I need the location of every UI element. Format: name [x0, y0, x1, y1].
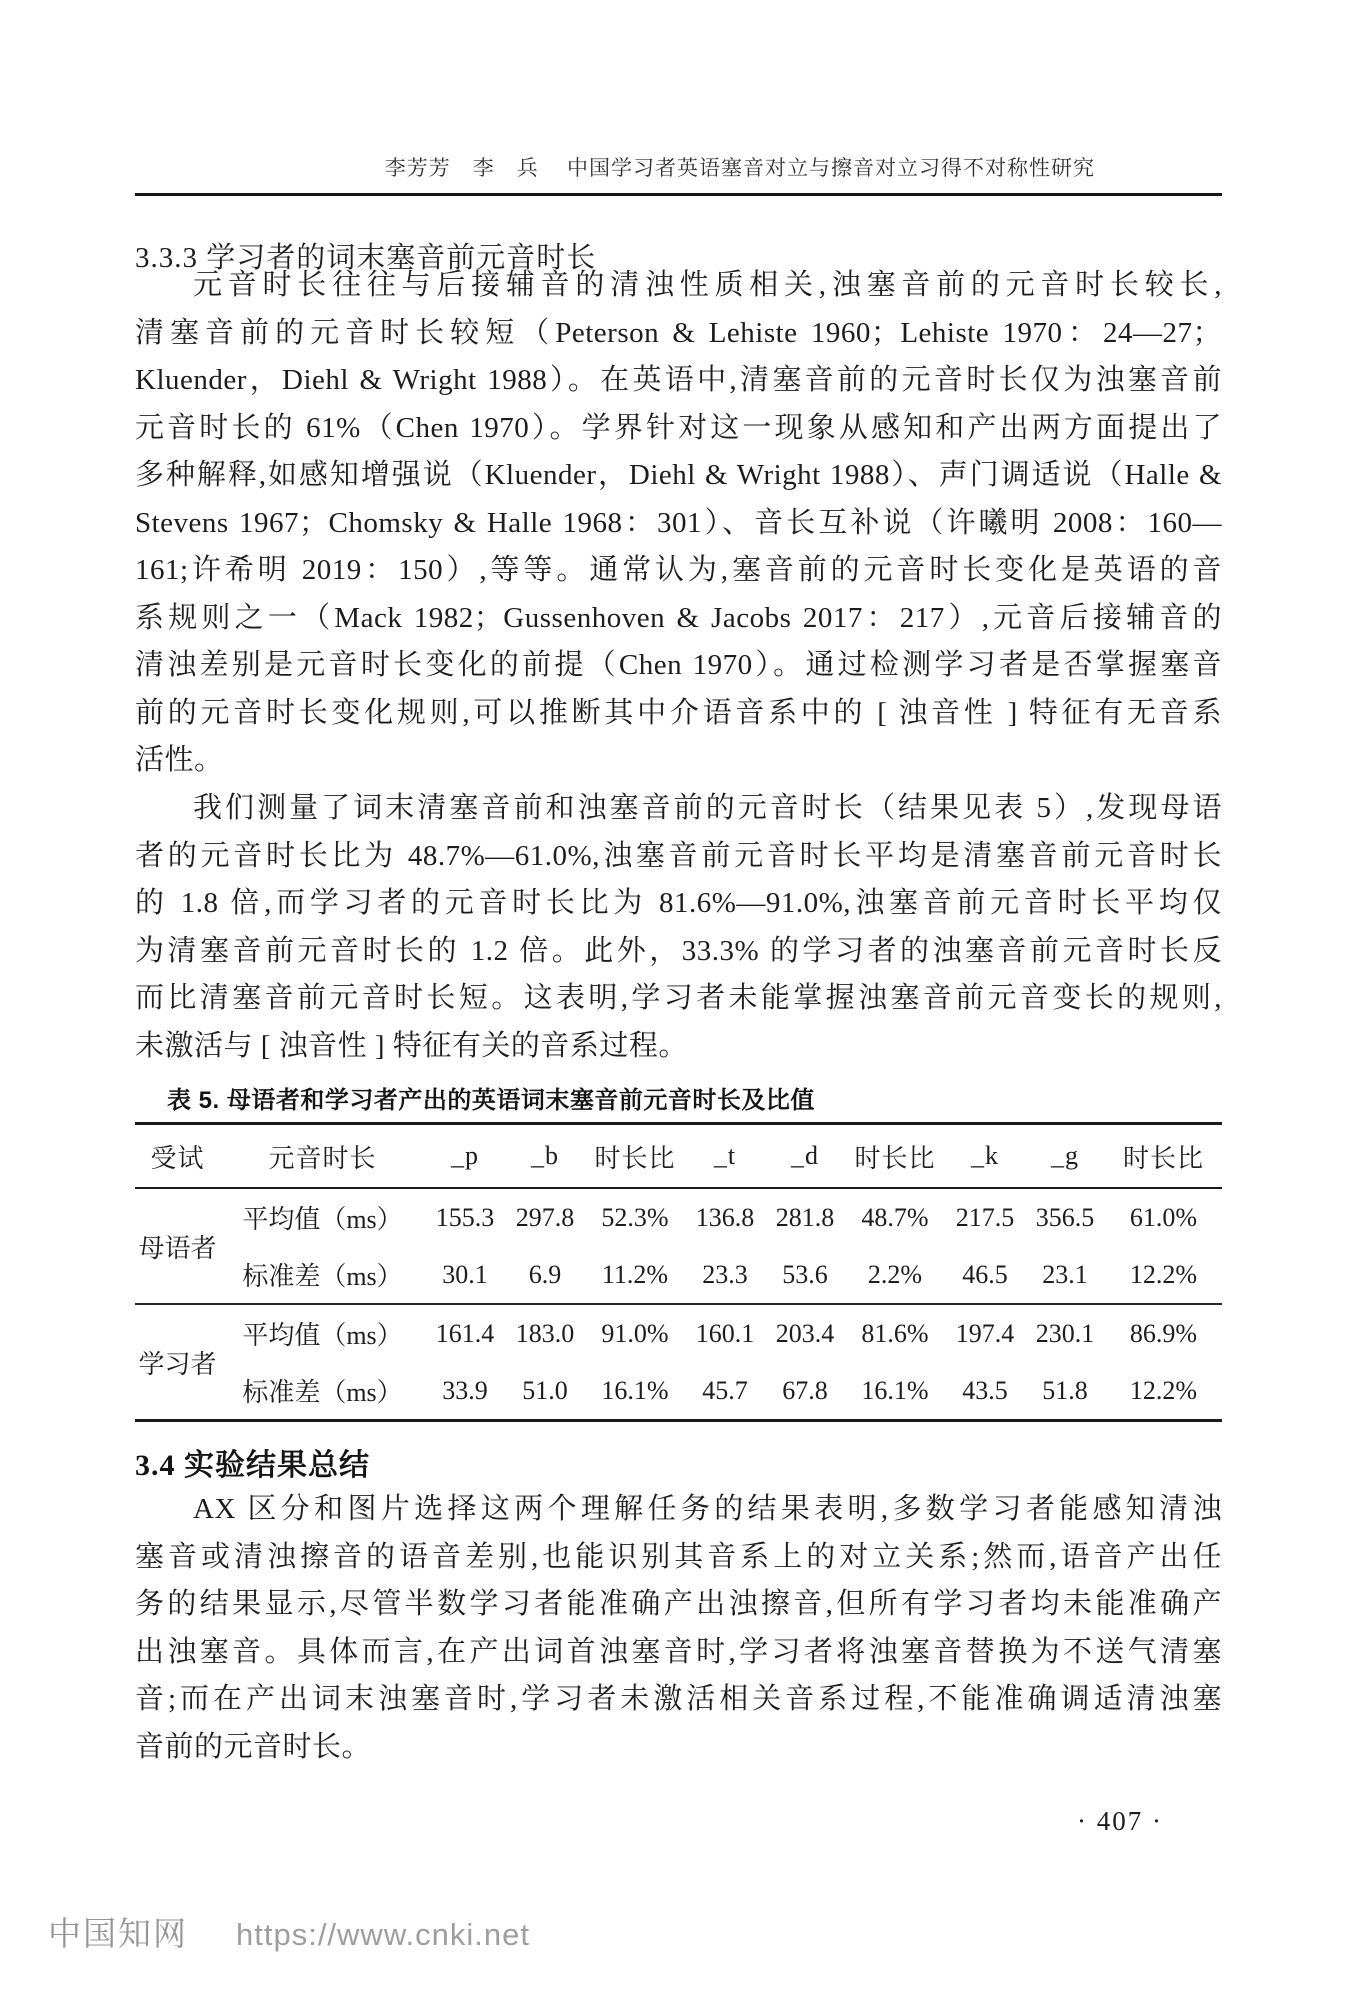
value-cell: 23.1 [1025, 1246, 1105, 1304]
text-line: 多种解释,如感知增强说（Kluender，Diehl & Wright 1988… [135, 452, 1222, 500]
table-row: 标准差（ms） 30.1 6.9 11.2% 23.3 53.6 2.2% 46… [135, 1246, 1222, 1304]
value-cell: 61.0% [1105, 1188, 1222, 1246]
paragraph-measurement-results: 我们测量了词末清塞音前和浊塞音前的元音时长（结果见表 5）,发现母语 者的元音时… [135, 785, 1222, 1070]
value-cell: 86.9% [1105, 1304, 1222, 1362]
row-label-cell: 标准差（ms） [220, 1362, 425, 1421]
text-line: 元音时长往往与后接辅音的清浊性质相关,浊塞音前的元音时长较长, [135, 262, 1222, 310]
table-row: 母语者 平均值（ms） 155.3 297.8 52.3% 136.8 281.… [135, 1188, 1222, 1246]
value-cell: 356.5 [1025, 1188, 1105, 1246]
value-cell: 33.9 [425, 1362, 505, 1421]
header-cell: 元音时长 [220, 1124, 425, 1189]
value-cell: 12.2% [1105, 1246, 1222, 1304]
text-line: 者的元音时长比为 48.7%—61.0%,浊塞音前元音时长平均是清塞音前元音时长 [135, 833, 1222, 881]
document-page: 李芳芳 李 兵 中国学习者英语塞音对立与擦音对立习得不对称性研究 3.3.3 学… [0, 0, 1354, 2000]
value-cell: 217.5 [945, 1188, 1025, 1246]
header-cell: _p [425, 1124, 505, 1189]
header-cell: 时长比 [845, 1124, 945, 1189]
header-cell: _t [685, 1124, 765, 1189]
value-cell: 48.7% [845, 1188, 945, 1246]
subject-cell: 母语者 [135, 1188, 220, 1304]
running-title: 李芳芳 李 兵 中国学习者英语塞音对立与擦音对立习得不对称性研究 [385, 152, 1095, 182]
value-cell: 51.8 [1025, 1362, 1105, 1421]
value-cell: 2.2% [845, 1246, 945, 1304]
header-cell: _d [765, 1124, 845, 1189]
text-line: 前的元音时长变化规则,可以推断其中介语音系中的 [ 浊音性 ] 特征有无音系 [135, 690, 1222, 738]
text-line: 的 1.8 倍,而学习者的元音时长比为 81.6%—91.0%,浊塞音前元音时长… [135, 880, 1222, 928]
text-line: 我们测量了词末清塞音前和浊塞音前的元音时长（结果见表 5）,发现母语 [135, 785, 1222, 833]
text-line: 系规则之一（Mack 1982；Gussenhoven & Jacobs 201… [135, 595, 1222, 643]
value-cell: 23.3 [685, 1246, 765, 1304]
value-cell: 136.8 [685, 1188, 765, 1246]
text-line: 元音时长的 61%（Chen 1970）。学界针对这一现象从感知和产出两方面提出… [135, 405, 1222, 453]
text-line: 音;而在产出词末浊塞音时,学习者未激活相关音系过程,不能准确调适清浊塞 [135, 1676, 1222, 1724]
value-cell: 46.5 [945, 1246, 1025, 1304]
value-cell: 30.1 [425, 1246, 505, 1304]
value-cell: 11.2% [585, 1246, 685, 1304]
value-cell: 45.7 [685, 1362, 765, 1421]
value-cell: 53.6 [765, 1246, 845, 1304]
value-cell: 281.8 [765, 1188, 845, 1246]
text-line: Stevens 1967；Chomsky & Halle 1968：301）、音… [135, 500, 1222, 548]
text-line: 而比清塞音前元音时长短。这表明,学习者未能掌握浊塞音前元音变长的规则, [135, 975, 1222, 1023]
header-divider [135, 193, 1222, 196]
value-cell: 155.3 [425, 1188, 505, 1246]
header-cell: _g [1025, 1124, 1105, 1189]
row-label-cell: 标准差（ms） [220, 1246, 425, 1304]
header-cell: 受试 [135, 1124, 220, 1189]
text-line: Kluender，Diehl & Wright 1988）。在英语中,清塞音前的… [135, 357, 1222, 405]
value-cell: 43.5 [945, 1362, 1025, 1421]
text-line: 161;许希明 2019：150）,等等。通常认为,塞音前的元音时长变化是英语的… [135, 547, 1222, 595]
text-line: 清浊差别是元音时长变化的前提（Chen 1970）。通过检测学习者是否掌握塞音 [135, 642, 1222, 690]
paragraph-experiment-summary: AX 区分和图片选择这两个理解任务的结果表明,多数学习者能感知清浊 塞音或清浊擦… [135, 1486, 1222, 1771]
header-cell: _k [945, 1124, 1025, 1189]
value-cell: 297.8 [505, 1188, 585, 1246]
cnki-url-text: https://www.cnki.net [236, 1917, 530, 1952]
subject-cell: 学习者 [135, 1304, 220, 1421]
value-cell: 12.2% [1105, 1362, 1222, 1421]
row-label-cell: 平均值（ms） [220, 1304, 425, 1362]
text-line: 未激活与 [ 浊音性 ] 特征有关的音系过程。 [135, 1023, 1222, 1071]
table-row: 标准差（ms） 33.9 51.0 16.1% 45.7 67.8 16.1% … [135, 1362, 1222, 1421]
text-line: 音前的元音时长。 [135, 1724, 1222, 1772]
value-cell: 6.9 [505, 1246, 585, 1304]
text-line: 塞音或清浊擦音的语音差别,也能识别其音系上的对立关系;然而,语音产出任 [135, 1534, 1222, 1582]
text-line: AX 区分和图片选择这两个理解任务的结果表明,多数学习者能感知清浊 [135, 1486, 1222, 1534]
table-group-learners: 学习者 平均值（ms） 161.4 183.0 91.0% 160.1 203.… [135, 1304, 1222, 1421]
cnki-watermark: 中国知网https://www.cnki.net [48, 1908, 530, 1955]
value-cell: 16.1% [585, 1362, 685, 1421]
page-number: · 407 · [1077, 1806, 1163, 1837]
header-cell: 时长比 [1105, 1124, 1222, 1189]
paragraph-vowel-duration-intro: 元音时长往往与后接辅音的清浊性质相关,浊塞音前的元音时长较长, 清塞音前的元音时… [135, 262, 1222, 785]
text-line: 务的结果显示,尽管半数学习者能准确产出浊擦音,但所有学习者均未能准确产 [135, 1581, 1222, 1629]
value-cell: 160.1 [685, 1304, 765, 1362]
text-line: 为清塞音前元音时长的 1.2 倍。此外，33.3% 的学习者的浊塞音前元音时长反 [135, 928, 1222, 976]
value-cell: 16.1% [845, 1362, 945, 1421]
value-cell: 51.0 [505, 1362, 585, 1421]
value-cell: 81.6% [845, 1304, 945, 1362]
value-cell: 230.1 [1025, 1304, 1105, 1362]
table-group-native-speakers: 母语者 平均值（ms） 155.3 297.8 52.3% 136.8 281.… [135, 1188, 1222, 1304]
value-cell: 197.4 [945, 1304, 1025, 1362]
value-cell: 67.8 [765, 1362, 845, 1421]
header-cell: _b [505, 1124, 585, 1189]
text-line: 清塞音前的元音时长较短（Peterson & Lehiste 1960；Lehi… [135, 310, 1222, 358]
value-cell: 52.3% [585, 1188, 685, 1246]
value-cell: 161.4 [425, 1304, 505, 1362]
section-heading-3-4: 3.4 实验结果总结 [135, 1446, 370, 1486]
table-header-row: 受试 元音时长 _p _b 时长比 _t _d 时长比 _k _g 时长比 [135, 1124, 1222, 1189]
vowel-duration-table: 受试 元音时长 _p _b 时长比 _t _d 时长比 _k _g 时长比 母语… [135, 1122, 1222, 1422]
table-row: 学习者 平均值（ms） 161.4 183.0 91.0% 160.1 203.… [135, 1304, 1222, 1362]
value-cell: 183.0 [505, 1304, 585, 1362]
value-cell: 203.4 [765, 1304, 845, 1362]
header-cell: 时长比 [585, 1124, 685, 1189]
cnki-brand-text: 中国知网 [48, 1915, 188, 1952]
text-line: 活性。 [135, 737, 1222, 785]
value-cell: 91.0% [585, 1304, 685, 1362]
text-line: 出浊塞音。具体而言,在产出词首浊塞音时,学习者将浊塞音替换为不送气清塞 [135, 1629, 1222, 1677]
table-caption: 表 5. 母语者和学习者产出的英语词末塞音前元音时长及比值 [167, 1080, 815, 1115]
row-label-cell: 平均值（ms） [220, 1188, 425, 1246]
